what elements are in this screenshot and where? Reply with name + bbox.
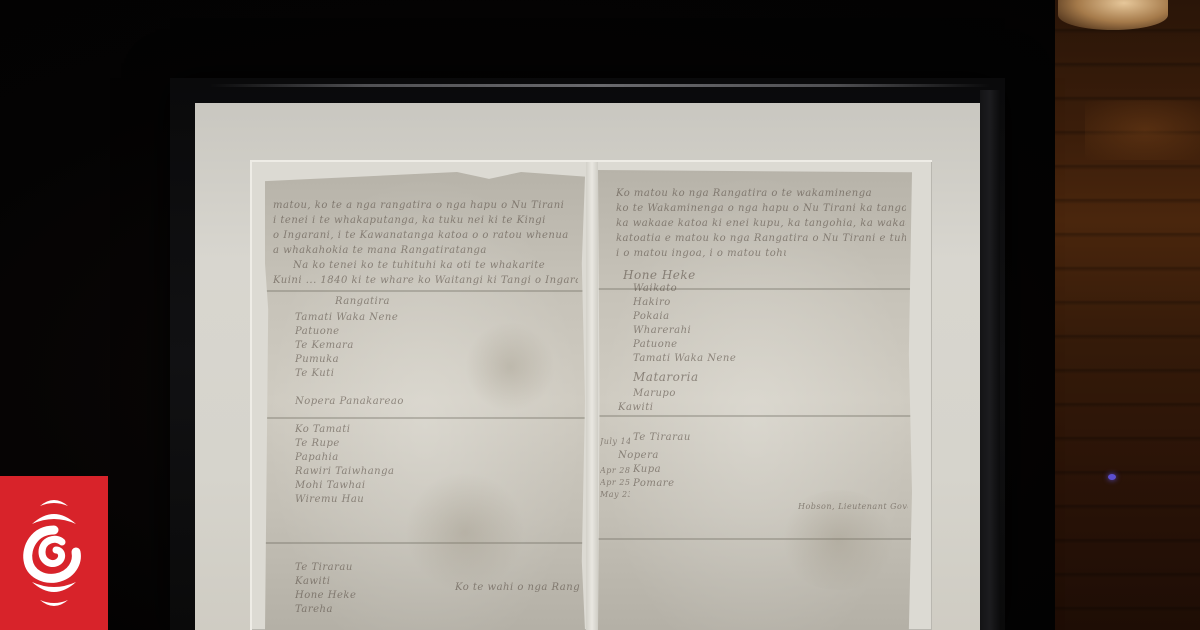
signatory-name: Hone Heke xyxy=(623,268,733,280)
signatory-name: Hone Heke xyxy=(295,590,415,602)
handwritten-line: Kuini ... 1840 ki te whare ko Waitangi k… xyxy=(273,275,578,287)
handwritten-heading: Rangatira xyxy=(335,296,435,308)
signatory-name: Nopera xyxy=(618,450,818,462)
margin-date: July 14 xyxy=(600,437,630,449)
handwritten-note: Ko te wahi o nga Rangatira xyxy=(455,582,580,594)
signatory-name: Rawiri Taiwhanga xyxy=(295,466,435,478)
margin-date: Apr 25 xyxy=(600,478,630,490)
signatory-name: Wiremu Hau xyxy=(295,494,415,506)
mat-divider xyxy=(586,162,598,630)
signatory-name: Tamati Waka Nene xyxy=(633,353,753,365)
ceiling-light xyxy=(1058,0,1168,30)
signatory-name: Pokaia xyxy=(633,311,723,323)
wooden-wall-background xyxy=(1055,0,1200,630)
handwritten-line: a whakahokia te mana Rangatiratanga xyxy=(273,245,513,257)
handwritten-line: matou, ko te a nga rangatira o nga hapu … xyxy=(273,200,578,212)
handwritten-line: Ko matou ko nga Rangatira o te wakaminen… xyxy=(616,188,906,200)
margin-date: May 23 xyxy=(600,490,630,502)
signatory-name: Hakiro xyxy=(633,297,723,309)
signatory-name: Papahia xyxy=(295,452,415,464)
fold-line xyxy=(265,417,585,419)
signatory-name: Patuone xyxy=(295,326,415,338)
frame-bevel xyxy=(980,90,1000,630)
signatory-name: Tamati Waka Nene xyxy=(295,312,435,324)
signatory-name: Pomare xyxy=(633,478,833,490)
paper-stain xyxy=(465,322,555,412)
handwritten-line: katoatia e matou ko nga Rangatira o Nu T… xyxy=(616,233,906,245)
handwritten-line: ko te Wakaminenga o nga hapu o Nu Tirani… xyxy=(616,203,906,215)
margin-date: Apr 28 xyxy=(600,466,630,478)
handwritten-line: i o matou ingoa, i o matou tohu xyxy=(616,248,786,260)
signatory-name: Patuone xyxy=(633,339,723,351)
fold-line xyxy=(265,290,585,292)
handwritten-line: ka wakaae katoa ki enei kupu, ka tangohi… xyxy=(616,218,906,230)
signature-block: Hobson, Lieutenant Governor xyxy=(798,502,908,514)
signatory-name: Nopera Panakareao xyxy=(295,396,455,408)
signatory-name: Pumuka xyxy=(295,354,415,366)
signatory-name: Kawiti xyxy=(618,402,818,414)
frame-edge-highlight xyxy=(210,84,990,87)
signatory-name: Ko Tamati xyxy=(295,424,415,436)
signatory-name: Te Rupe xyxy=(295,438,415,450)
document-sheet-right: Ko matou ko nga Rangatira o te wakaminen… xyxy=(598,170,912,630)
handwritten-line: Na ko tenei ko te tuhituhi ka oti te wha… xyxy=(293,260,578,272)
fold-line xyxy=(598,415,912,417)
signatory-name: Mohi Tawhai xyxy=(295,480,415,492)
signatory-name: Kupa xyxy=(633,464,833,476)
signatory-name: Wharerahi xyxy=(633,325,723,337)
signatory-name: Te Tirarau xyxy=(633,432,833,444)
handwritten-line: i tenei i te whakaputanga, ka tuku nei k… xyxy=(273,215,578,227)
signatory-name: Marupo xyxy=(633,388,833,400)
rnz-koru-spiral-icon xyxy=(0,476,108,630)
museum-photo: matou, ko te a nga rangatira o nga hapu … xyxy=(0,0,1200,630)
handwritten-line: o Ingarani, i te Kawanatanga katoa o o r… xyxy=(273,230,578,242)
signatory-name: Mataroria xyxy=(633,370,833,382)
paper-stain xyxy=(405,472,525,592)
wall-light-reflection xyxy=(1085,100,1200,160)
signatory-name: Waikato xyxy=(633,283,723,295)
indicator-light xyxy=(1108,474,1116,480)
signatory-name: Te Tirarau xyxy=(295,562,415,574)
signatory-name: Tareha xyxy=(295,604,415,616)
rnz-logo[interactable] xyxy=(0,476,108,630)
signatory-name: Kawiti xyxy=(295,576,415,588)
signatory-name: Te Kemara xyxy=(295,340,415,352)
signatory-name: Te Kuti xyxy=(295,368,415,380)
document-sheet-left: matou, ko te a nga rangatira o nga hapu … xyxy=(265,172,585,630)
